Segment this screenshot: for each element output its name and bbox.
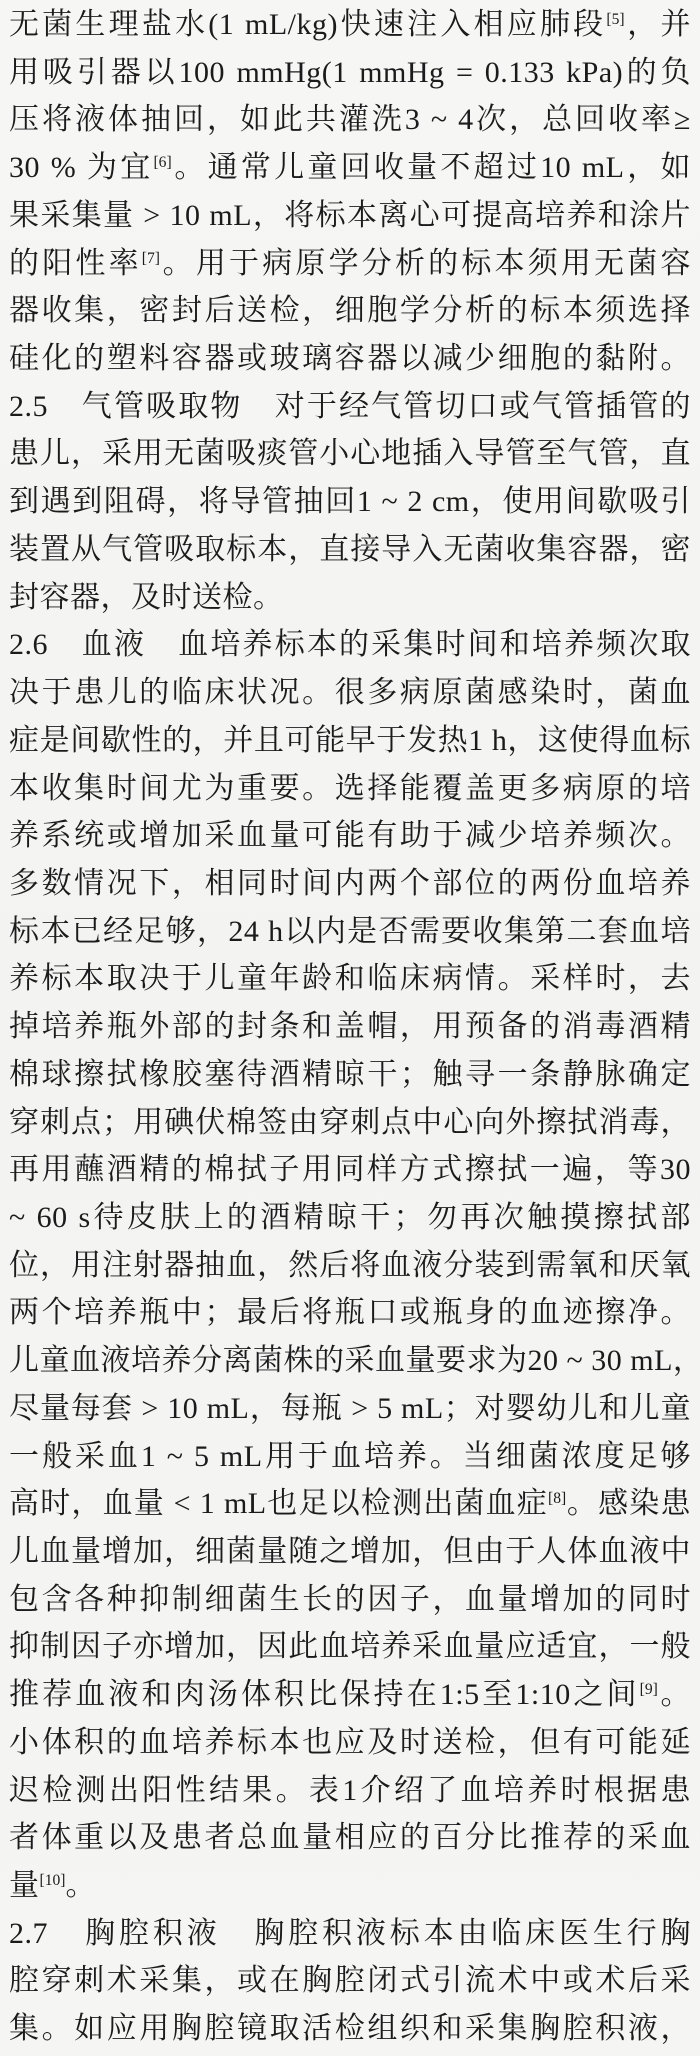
text-line: 装置从气管吸取标本，直接导入无菌收集容器，密 bbox=[9, 526, 691, 574]
text-line: 用吸引器以100 mmHg(1 mmHg = 0.133 kPa)的负 bbox=[9, 49, 691, 97]
text-line: 量[10]。 bbox=[9, 1862, 691, 1910]
text-line: 患儿，采用无菌吸痰管小心地插入导管至气管，直 bbox=[9, 430, 691, 478]
text-run: 。感染患 bbox=[566, 1487, 691, 1520]
text-run: 果采集量 > 10 mL，将标本离心可提高培养和涂片 bbox=[9, 199, 691, 232]
text-line: ~ 60 s待皮肤上的酒精晾干；勿再次触摸擦拭部 bbox=[9, 1194, 691, 1242]
text-run: 两个培养瓶中；最后将瓶口或瓶身的血迹擦净。 bbox=[9, 1296, 691, 1329]
text-line: 封容器，及时送检。 bbox=[9, 574, 691, 622]
text-run: 器收集，密封后送检，细胞学分析的标本须选择 bbox=[9, 294, 691, 327]
document-page: 无菌生理盐水(1 mL/kg)快速注入相应肺段[5]，并用吸引器以100 mmH… bbox=[0, 0, 700, 2056]
text-line: 包含各种抑制细菌生长的因子，血量增加的同时 bbox=[9, 1576, 691, 1624]
text-run: 压将液体抽回，如此共灌洗3 ~ 4次，总回收率≥ bbox=[9, 103, 691, 136]
text-run: 的阳性率 bbox=[9, 247, 142, 280]
text-run: 养系统或增加采血量可能有助于减少培养频次。 bbox=[9, 819, 691, 852]
text-line: 养标本取决于儿童年龄和临床病情。采样时，去 bbox=[9, 955, 691, 1003]
text-line: 症是间歇性的，并且可能早于发热1 h，这使得血标 bbox=[9, 717, 691, 765]
article-text-column: 无菌生理盐水(1 mL/kg)快速注入相应肺段[5]，并用吸引器以100 mmH… bbox=[9, 1, 691, 2053]
text-line: 掉培养瓶外部的封条和盖帽，用预备的消毒酒精 bbox=[9, 1003, 691, 1051]
text-line: 穿刺点；用碘伏棉签由穿刺点中心向外擦拭消毒， bbox=[9, 1099, 691, 1147]
text-line: 决于患儿的临床状况。很多病原菌感染时，菌血 bbox=[9, 669, 691, 717]
text-line: 儿血量增加，细菌量随之增加，但由于人体血液中 bbox=[9, 1528, 691, 1576]
text-line: 推荐血液和肉汤体积比保持在1:5至1:10之间[9]。 bbox=[9, 1671, 691, 1719]
text-run: 量 bbox=[9, 1869, 40, 1902]
text-run: 包含各种抑制细菌生长的因子，血量增加的同时 bbox=[9, 1583, 691, 1616]
text-line: 一般采血1 ~ 5 mL用于血培养。当细菌浓度足够 bbox=[9, 1433, 691, 1481]
text-line: 2.7 胸腔积液 胸腔积液标本由临床医生行胸 bbox=[9, 1910, 691, 1958]
text-line: 到遇到阻碍，将导管抽回1 ~ 2 cm，使用间歇吸引 bbox=[9, 478, 691, 526]
text-line: 集。如应用胸腔镜取活检组织和采集胸腔积液， bbox=[9, 2005, 691, 2053]
reference-marker: [6] bbox=[153, 154, 171, 171]
text-run: 养标本取决于儿童年龄和临床病情。采样时，去 bbox=[9, 962, 691, 995]
text-run: 穿刺点；用碘伏棉签由穿刺点中心向外擦拭消毒， bbox=[9, 1106, 691, 1139]
text-run: ~ 60 s待皮肤上的酒精晾干；勿再次触摸擦拭部 bbox=[9, 1201, 691, 1234]
text-run: 。 bbox=[65, 1869, 96, 1902]
text-run: 高时，血量 < 1 mL也足以检测出菌血症 bbox=[9, 1487, 548, 1520]
text-run: 装置从气管吸取标本，直接导入无菌收集容器，密 bbox=[9, 533, 691, 566]
reference-marker: [8] bbox=[548, 1490, 566, 1507]
text-line: 腔穿刺术采集，或在胸腔闭式引流术中或术后采 bbox=[9, 1957, 691, 2005]
text-run: 硅化的塑料容器或玻璃容器以减少细胞的黏附。 bbox=[9, 342, 691, 375]
text-run: 。用于病原学分析的标本须用无菌容 bbox=[160, 247, 691, 280]
text-run: 位，用注射器抽血，然后将血液分装到需氧和厌氧 bbox=[9, 1249, 691, 1282]
reference-marker: [7] bbox=[142, 249, 160, 266]
text-run: 掉培养瓶外部的封条和盖帽，用预备的消毒酒精 bbox=[9, 1010, 691, 1043]
text-run: 尽量每套 > 10 mL，每瓶 > 5 mL；对婴幼儿和儿童 bbox=[9, 1392, 691, 1425]
text-line: 无菌生理盐水(1 mL/kg)快速注入相应肺段[5]，并 bbox=[9, 1, 691, 49]
text-line: 标本已经足够，24 h以内是否需要收集第二套血培 bbox=[9, 908, 691, 956]
text-run: 用吸引器以100 mmHg(1 mmHg = 0.133 kPa)的负 bbox=[9, 56, 691, 89]
text-line: 养系统或增加采血量可能有助于减少培养频次。 bbox=[9, 812, 691, 860]
text-run: 患儿，采用无菌吸痰管小心地插入导管至气管，直 bbox=[9, 437, 691, 470]
text-run: 无菌生理盐水(1 mL/kg)快速注入相应肺段 bbox=[9, 8, 606, 41]
text-line: 压将液体抽回，如此共灌洗3 ~ 4次，总回收率≥ bbox=[9, 96, 691, 144]
text-run: 到遇到阻碍，将导管抽回1 ~ 2 cm，使用间歇吸引 bbox=[9, 485, 691, 518]
text-run: 小体积的血培养标本也应及时送检，但有可能延 bbox=[9, 1726, 691, 1759]
text-line: 2.5 气管吸取物 对于经气管切口或气管插管的 bbox=[9, 383, 691, 431]
text-run: 封容器，及时送检。 bbox=[9, 581, 284, 614]
text-line: 多数情况下，相同时间内两个部位的两份血培养 bbox=[9, 860, 691, 908]
text-line: 迟检测出阳性结果。表1介绍了血培养时根据患 bbox=[9, 1767, 691, 1815]
text-run: 30 % 为宜 bbox=[9, 151, 153, 184]
text-run: 推荐血液和肉汤体积比保持在1:5至1:10之间 bbox=[9, 1678, 640, 1711]
text-line: 尽量每套 > 10 mL，每瓶 > 5 mL；对婴幼儿和儿童 bbox=[9, 1385, 691, 1433]
text-run: 标本已经足够，24 h以内是否需要收集第二套血培 bbox=[9, 915, 691, 948]
text-run: 再用蘸酒精的棉拭子用同样方式擦拭一遍，等30 bbox=[9, 1153, 691, 1186]
text-run: 决于患儿的临床状况。很多病原菌感染时，菌血 bbox=[9, 676, 691, 709]
text-run: 2.7 胸腔积液 胸腔积液标本由临床医生行胸 bbox=[9, 1917, 691, 1950]
reference-marker: [5] bbox=[606, 11, 624, 28]
text-line: 抑制因子亦增加，因此血培养采血量应适宜，一般 bbox=[9, 1623, 691, 1671]
text-run: 者体重以及患者总血量相应的百分比推荐的采血 bbox=[9, 1821, 691, 1854]
text-line: 30 % 为宜[6]。通常儿童回收量不超过10 mL，如 bbox=[9, 144, 691, 192]
text-run: 儿血量增加，细菌量随之增加，但由于人体血液中 bbox=[9, 1535, 691, 1568]
reference-marker: [10] bbox=[40, 1872, 66, 1889]
text-line: 硅化的塑料容器或玻璃容器以减少细胞的黏附。 bbox=[9, 335, 691, 383]
text-line: 2.6 血液 血培养标本的采集时间和培养频次取 bbox=[9, 621, 691, 669]
text-line: 果采集量 > 10 mL，将标本离心可提高培养和涂片 bbox=[9, 192, 691, 240]
text-line: 者体重以及患者总血量相应的百分比推荐的采血 bbox=[9, 1814, 691, 1862]
text-line: 小体积的血培养标本也应及时送检，但有可能延 bbox=[9, 1719, 691, 1767]
text-line: 本收集时间尤为重要。选择能覆盖更多病原的培 bbox=[9, 765, 691, 813]
text-run: 多数情况下，相同时间内两个部位的两份血培养 bbox=[9, 867, 691, 900]
text-line: 两个培养瓶中；最后将瓶口或瓶身的血迹擦净。 bbox=[9, 1289, 691, 1337]
text-run: 2.6 血液 血培养标本的采集时间和培养频次取 bbox=[9, 628, 691, 661]
reference-marker: [9] bbox=[640, 1681, 658, 1698]
text-run: 迟检测出阳性结果。表1介绍了血培养时根据患 bbox=[9, 1774, 691, 1807]
text-line: 高时，血量 < 1 mL也足以检测出菌血症[8]。感染患 bbox=[9, 1480, 691, 1528]
text-line: 再用蘸酒精的棉拭子用同样方式擦拭一遍，等30 bbox=[9, 1146, 691, 1194]
text-run: ，并 bbox=[625, 8, 691, 41]
text-line: 器收集，密封后送检，细胞学分析的标本须选择 bbox=[9, 287, 691, 335]
text-run: 腔穿刺术采集，或在胸腔闭式引流术中或术后采 bbox=[9, 1964, 691, 1997]
text-run: 本收集时间尤为重要。选择能覆盖更多病原的培 bbox=[9, 772, 691, 805]
text-line: 的阳性率[7]。用于病原学分析的标本须用无菌容 bbox=[9, 240, 691, 288]
text-run: 儿童血液培养分离菌株的采血量要求为20 ~ 30 mL， bbox=[9, 1344, 700, 1377]
text-run: 集。如应用胸腔镜取活检组织和采集胸腔积液， bbox=[9, 2012, 691, 2045]
text-run: 症是间歇性的，并且可能早于发热1 h，这使得血标 bbox=[9, 724, 691, 757]
text-run: 。通常儿童回收量不超过10 mL，如 bbox=[172, 151, 691, 184]
text-line: 儿童血液培养分离菌株的采血量要求为20 ~ 30 mL， bbox=[9, 1337, 691, 1385]
text-run: 棉球擦拭橡胶塞待酒精晾干；触寻一条静脉确定 bbox=[9, 1058, 691, 1091]
text-run: 抑制因子亦增加，因此血培养采血量应适宜，一般 bbox=[9, 1630, 691, 1663]
text-run: 。 bbox=[658, 1678, 691, 1711]
text-line: 棉球擦拭橡胶塞待酒精晾干；触寻一条静脉确定 bbox=[9, 1051, 691, 1099]
text-run: 一般采血1 ~ 5 mL用于血培养。当细菌浓度足够 bbox=[9, 1440, 691, 1473]
text-line: 位，用注射器抽血，然后将血液分装到需氧和厌氧 bbox=[9, 1242, 691, 1290]
text-run: 2.5 气管吸取物 对于经气管切口或气管插管的 bbox=[9, 390, 691, 423]
